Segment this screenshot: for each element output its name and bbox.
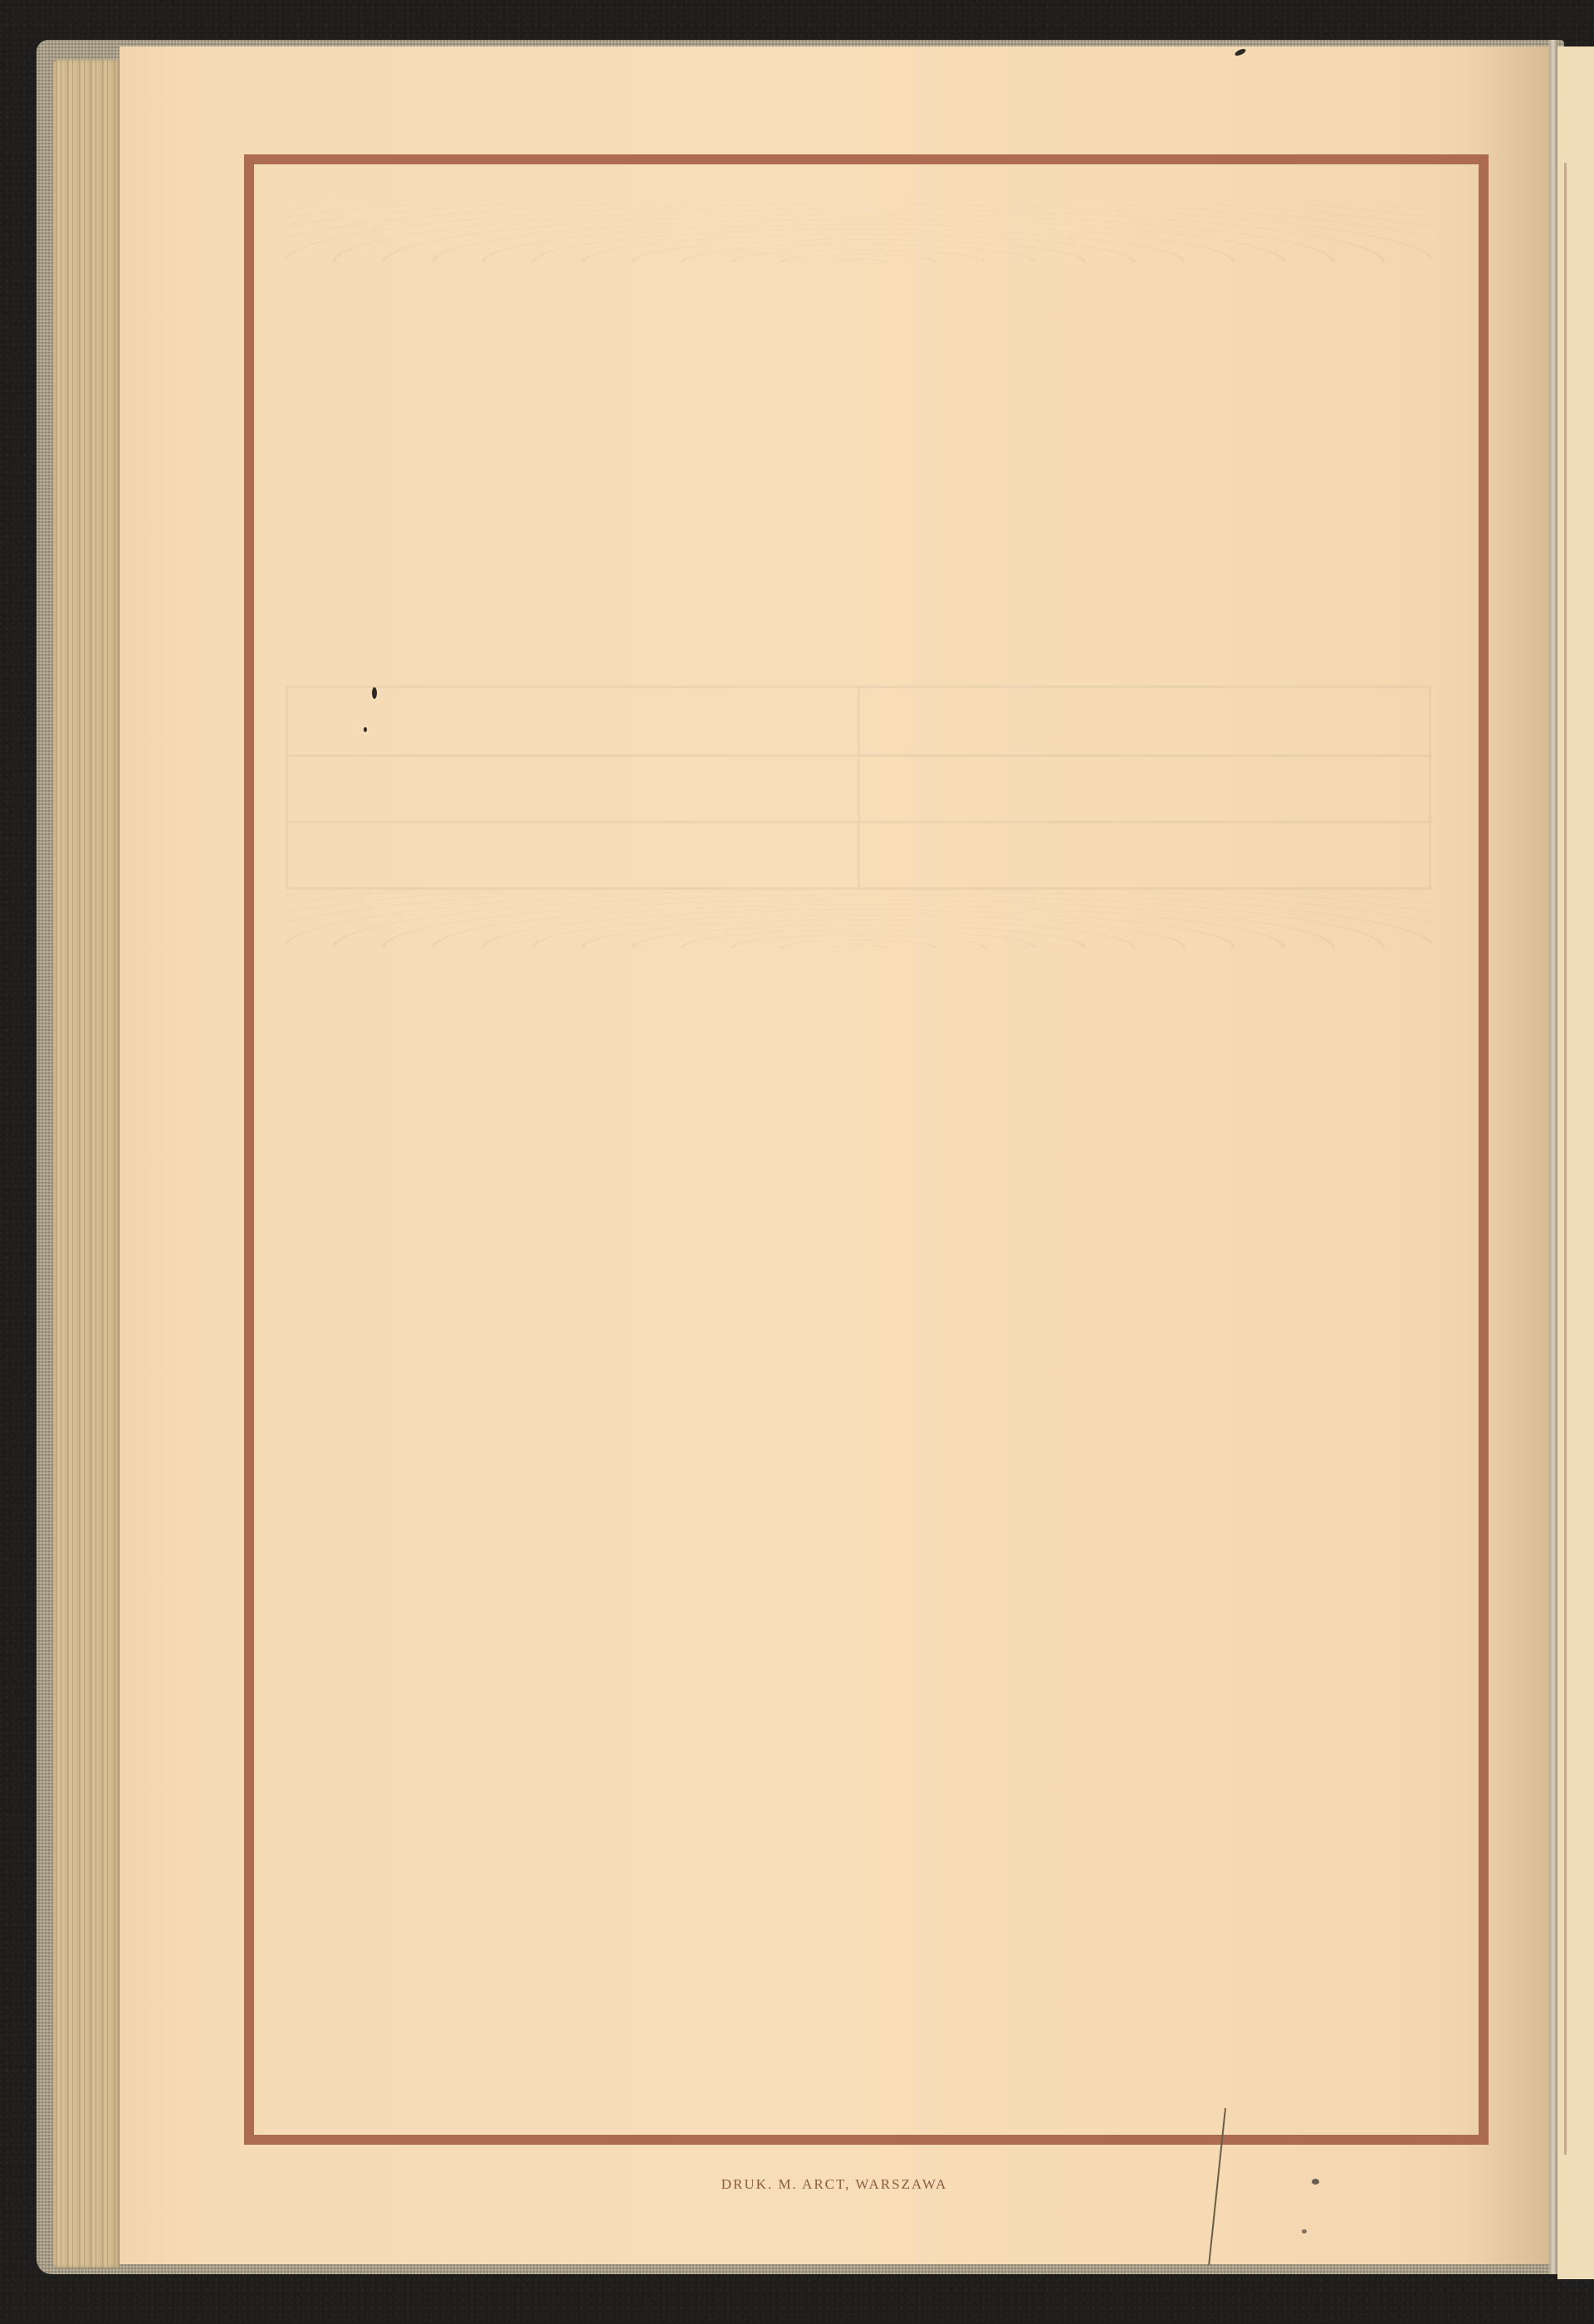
- binding-gutter: [1549, 40, 1557, 2274]
- gutter-shadow: [1474, 46, 1549, 2264]
- ink-speck: [1302, 2229, 1307, 2234]
- page-edge-stack: [53, 60, 120, 2268]
- adjacent-page-fragment: [1557, 46, 1594, 2279]
- adjacent-page-frame: [1564, 163, 1594, 2155]
- ink-speck: [372, 687, 377, 699]
- book-page: DRUK. M. ARCT, WARSZAWA: [120, 46, 1549, 2264]
- printer-imprint: DRUK. M. ARCT, WARSZAWA: [120, 2176, 1549, 2193]
- ink-speck: [364, 727, 367, 732]
- printed-border-frame: [244, 154, 1489, 2145]
- ink-speck: [1312, 2179, 1319, 2185]
